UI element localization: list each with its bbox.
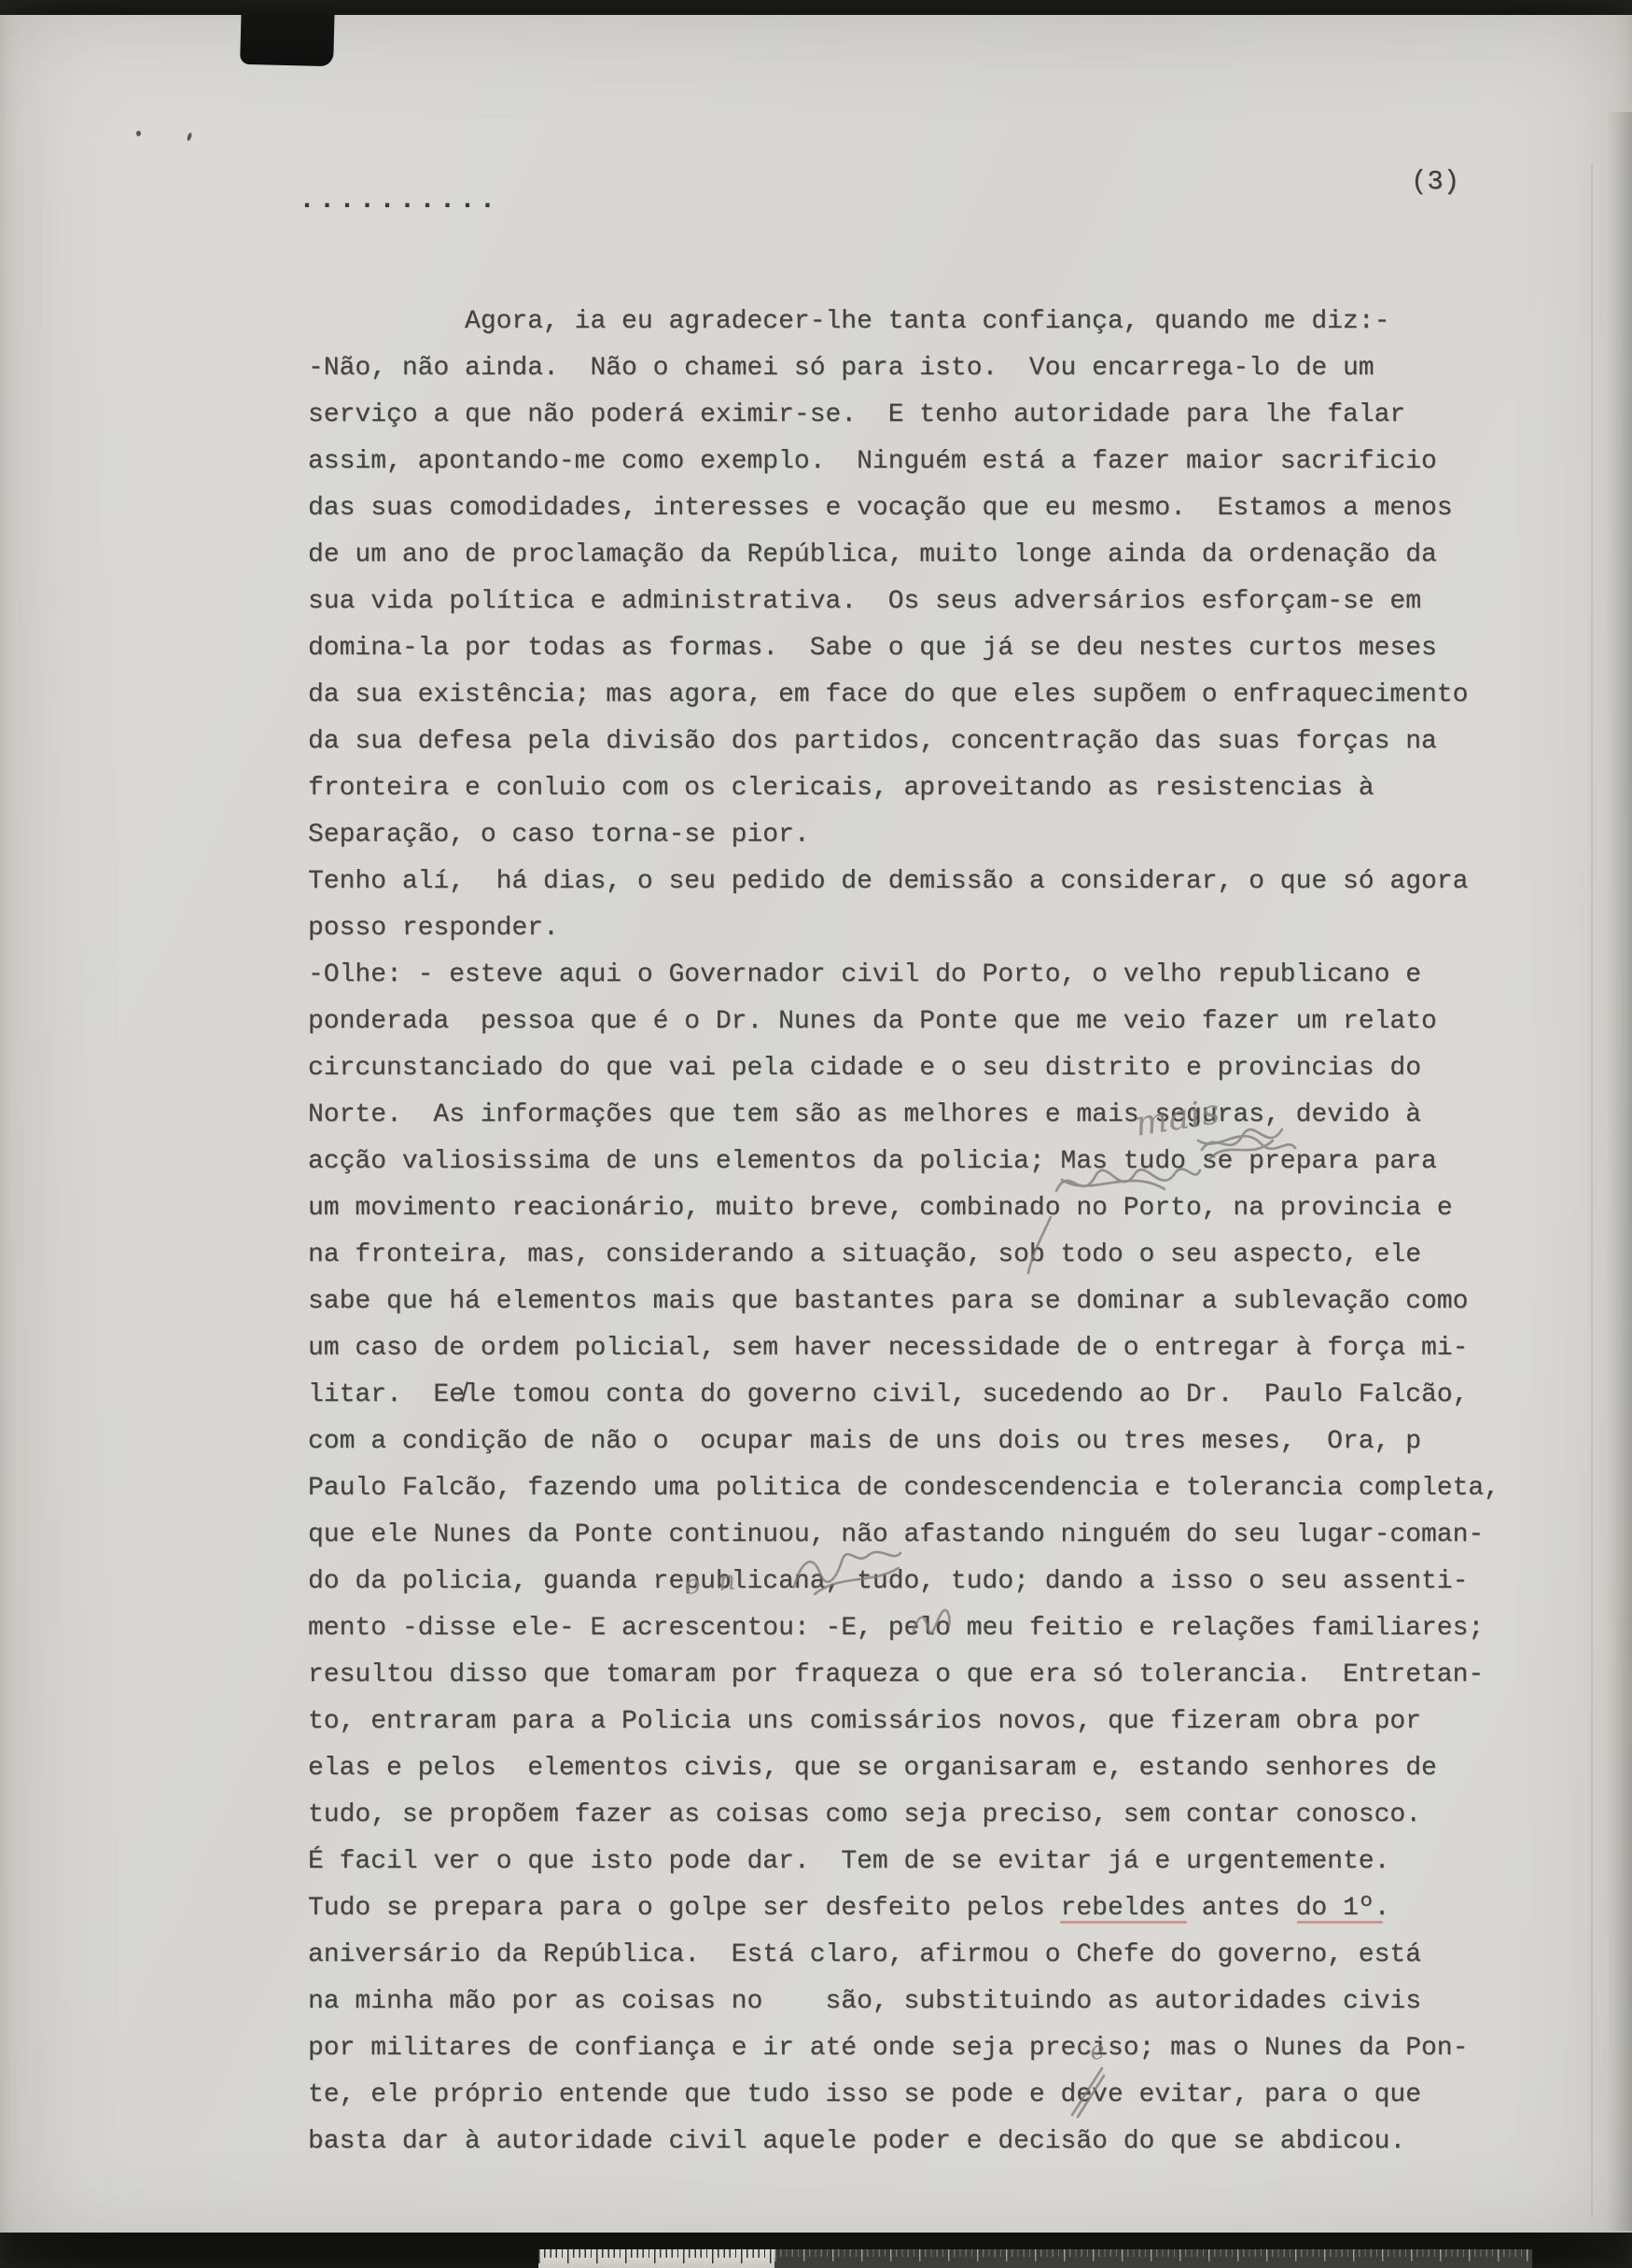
typed-line: basta dar à autoridade civil aquele pode… [308,2119,1405,2165]
typed-line: sua vida política e administrativa. Os s… [308,579,1421,625]
pencil-stroke-below-policia [1023,1213,1060,1279]
typed-line: Tudo se prepara para o golpe ser desfeit… [308,1885,1389,1932]
page-edge-shadow [1606,112,1632,2231]
typed-line: elas e pelos elementos civis, que se org… [308,1745,1437,1792]
typed-line: da sua existência; mas agora, em face do… [308,672,1468,719]
typed-line: de um ano de proclamação da República, m… [308,532,1437,579]
typed-line: -Olhe: - esteve aqui o Governador civil … [308,952,1421,999]
red-underline-rebeldes [1060,1921,1187,1924]
typed-line: tudo, se propõem fazer as coisas como se… [308,1792,1421,1839]
pencil-mark-after-e [910,1603,953,1645]
typed-line: um caso de ordem policial, sem haver nec… [308,1325,1468,1372]
typed-line: Agora, ia eu agradecer-lhe tanta confian… [308,299,1389,345]
typed-line: É facil ver o que isto pode dar. Tem de … [308,1839,1389,1885]
typed-line: ponderada pessoa que é o Dr. Nunes da Po… [308,999,1437,1045]
typed-line: te, ele próprio entende que tudo isso se… [308,2072,1421,2119]
typed-line: por militares de confiança e ir até onde… [308,2025,1468,2072]
typed-line: litar. Ee̸le tomou conta do governo civi… [308,1372,1468,1419]
typed-line: -Não, não ainda. Não o chamei só para is… [308,345,1374,392]
pencil-annotation-on: o n [682,1563,742,1601]
typed-line: sabe que há elementos mais que bastantes… [308,1279,1468,1325]
ink-speck [187,133,193,142]
scale-ruler-dark-segment [774,2249,1532,2268]
typed-line: serviço a que não poderá eximir-se. E te… [308,392,1405,439]
typed-line: na minha mão por as coisas no são, subst… [308,1979,1421,2025]
typed-line: Paulo Falcão, fazendo uma politica de co… [308,1465,1499,1512]
typed-line: mento -disse ele- E acrescentou: -E, pel… [308,1605,1484,1652]
typed-line: aniversário da República. Está claro, af… [308,1932,1421,1979]
ink-speck [136,131,141,136]
pencil-scribble-acrescentou [788,1546,905,1603]
typed-line: fronteira e conluio com os clericais, ap… [308,765,1374,812]
typed-line: na fronteira, mas, considerando a situaç… [308,1232,1421,1279]
pencil-scribble-over-mas [1053,1155,1202,1211]
red-underline-do-1 [1297,1921,1383,1924]
typed-line: resultou disso que tomaram por fraqueza … [308,1652,1484,1699]
pencil-slash-deve [1067,2065,1108,2119]
pencil-scribble-blob [1196,1113,1299,1170]
typed-line: das suas comodidades, interesses e vocaç… [308,485,1453,532]
typed-line: assim, apontando-me como exemplo. Ningué… [308,439,1437,485]
scale-ruler-white-segment [538,2249,774,2268]
typed-line: Separação, o caso torna-se pior. [308,812,810,859]
typed-line: domina-la por todas as formas. Sabe o qu… [308,625,1437,672]
typed-line: um movimento reacionário, muito breve, c… [308,1185,1453,1232]
typed-line: da sua defesa pela divisão dos partidos,… [308,719,1437,765]
leader-dots: .......... [299,185,499,217]
page-number: (3) [1411,166,1459,197]
scan-page: (3) .......... Agora, ia eu agradecer-lh… [0,0,1632,2268]
typed-line: posso responder. [308,905,559,952]
typed-line: circunstanciado do que vai pela cidade e… [308,1045,1421,1092]
typed-line: com a condição de não o ocupar mais de u… [308,1419,1421,1465]
top-edge-tab [240,0,335,66]
typed-line: Tenho alí, há dias, o seu pedido de demi… [308,859,1468,905]
typed-line: to, entraram para a Policia uns comissár… [308,1699,1421,1745]
page-edge-line [1591,163,1593,2217]
